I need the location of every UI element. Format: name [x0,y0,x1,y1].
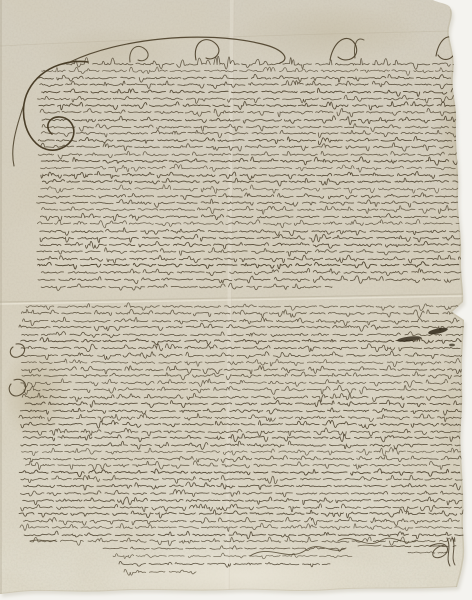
ink-smudge [449,344,455,347]
manuscript-photo: Handwritten manuscript letter (early-mod… [0,0,472,600]
manuscript-svg: Handwritten manuscript letter (early-mod… [0,0,472,600]
